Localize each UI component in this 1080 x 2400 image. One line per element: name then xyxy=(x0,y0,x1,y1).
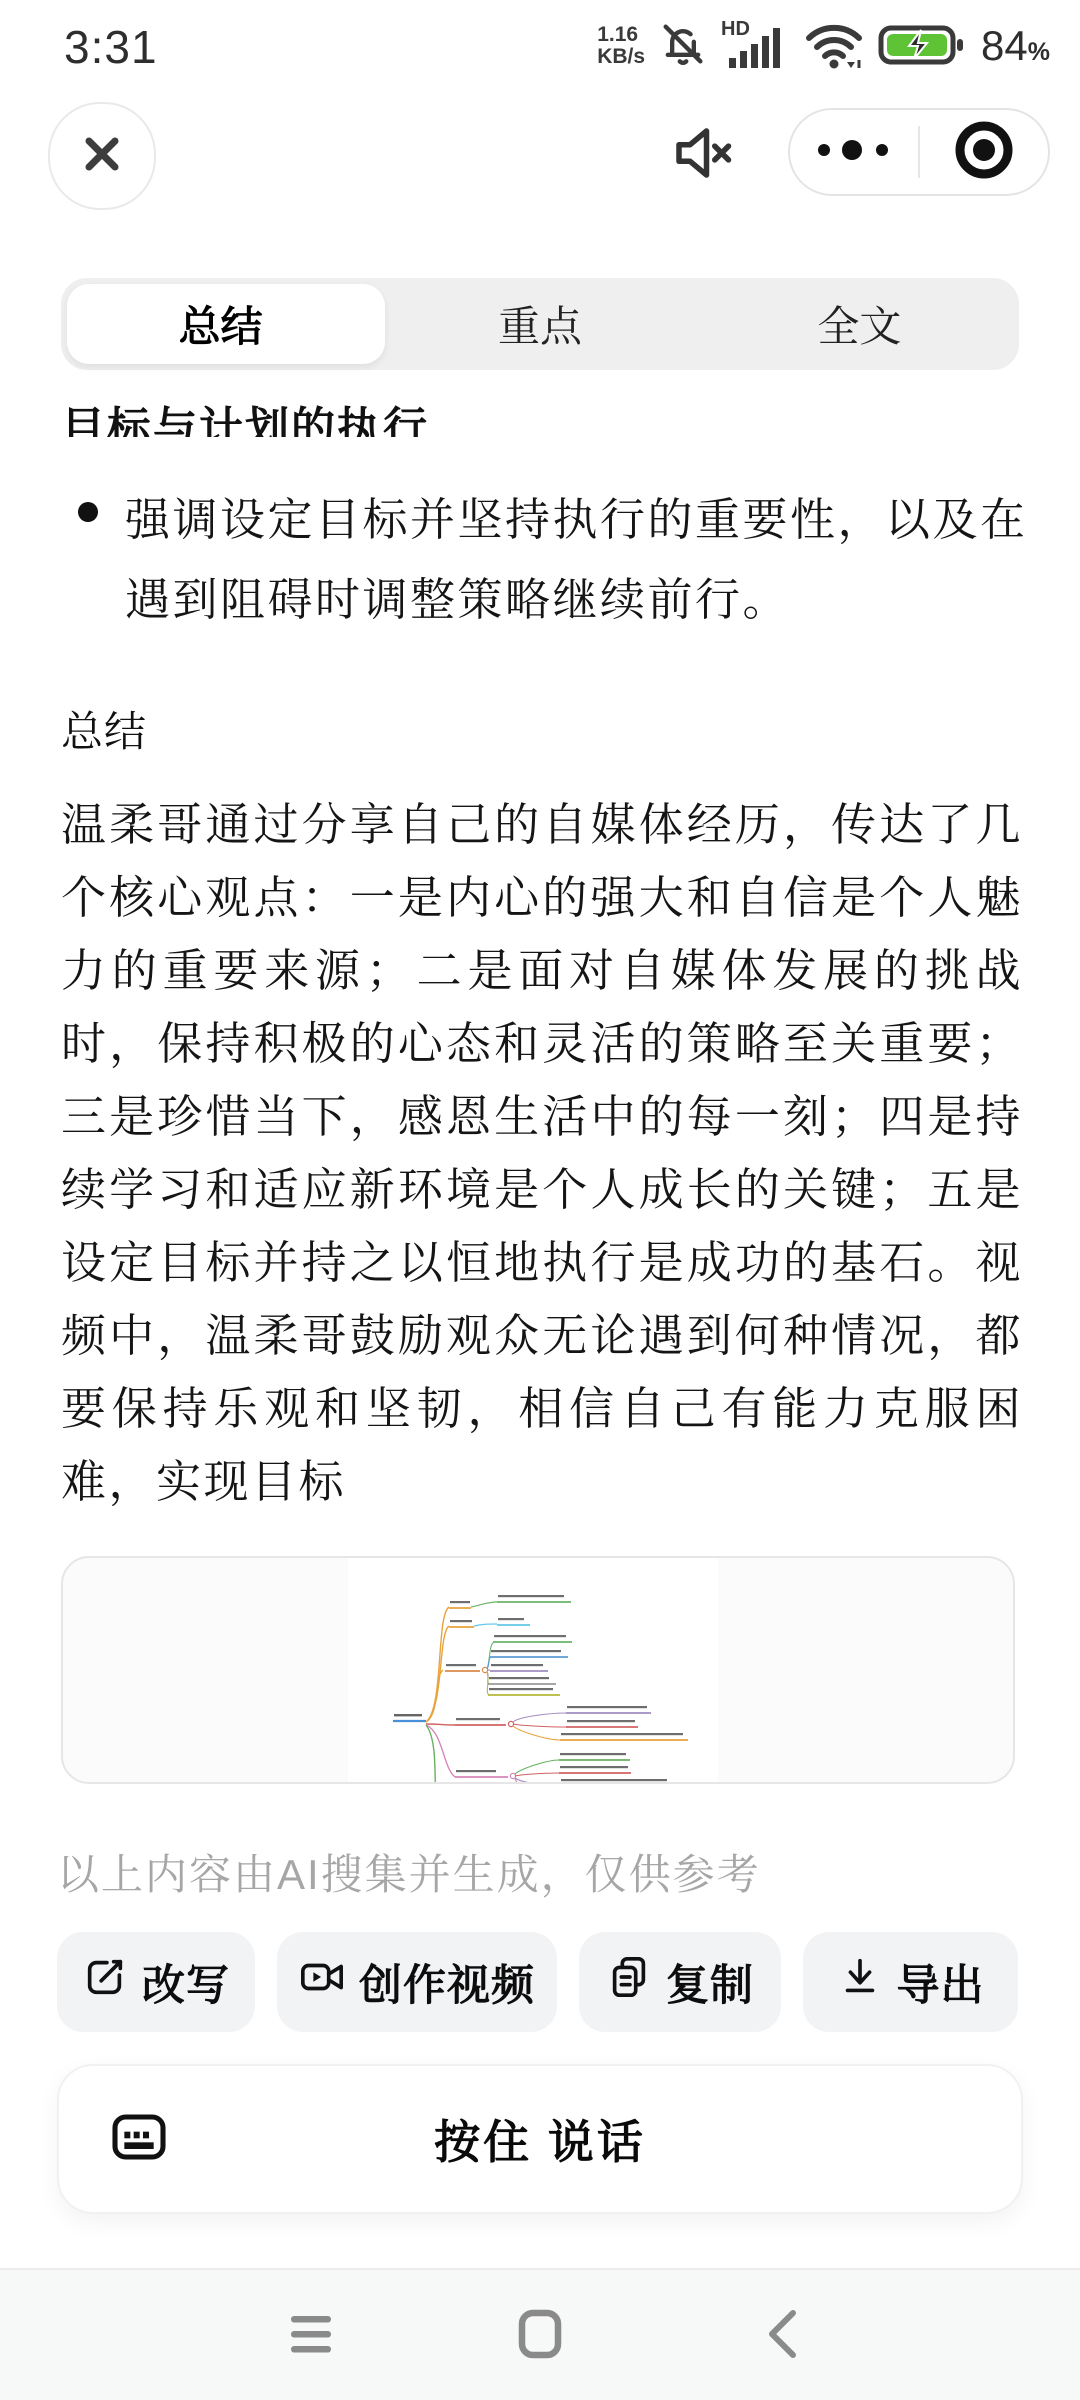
mindmap-card[interactable] xyxy=(61,1556,1015,1784)
tab-highlights[interactable]: 重点 xyxy=(380,278,699,370)
status-icons: 1.16 KB/s HD xyxy=(597,16,1050,76)
home-icon xyxy=(518,2309,562,2364)
action-buttons-row: 改写 创作视频 复制 xyxy=(57,1932,1020,2032)
section-title: 总结 xyxy=(61,699,147,759)
ai-disclaimer: 以上内容由AI搜集并生成，仅供参考 xyxy=(57,1842,761,1902)
clipped-heading-wrap: 目标与计划的执行 xyxy=(61,381,1019,437)
mindmap-image xyxy=(348,1558,718,1784)
hold-to-talk-label: 按住 说话 xyxy=(59,2106,1021,2172)
video-icon xyxy=(299,1954,345,2011)
summary-paragraph: 温柔哥通过分享自己的自媒体经历，传达了几个核心观点：一是内心的强大和自信是个人魅… xyxy=(61,788,1023,1518)
miniapp-capsule xyxy=(788,108,1050,196)
nav-menu-button[interactable] xyxy=(271,2270,351,2400)
status-time: 3:31 xyxy=(64,20,158,74)
close-button[interactable] xyxy=(48,102,156,210)
create-video-button[interactable]: 创作视频 xyxy=(277,1932,557,2032)
tab-bar: 总结 重点 全文 xyxy=(61,278,1019,370)
export-button[interactable]: 导出 xyxy=(803,1932,1018,2032)
copy-label: 复制 xyxy=(666,1952,754,2013)
close-icon xyxy=(79,131,125,182)
rewrite-label: 改写 xyxy=(142,1952,230,2013)
signal-hd-icon: HD xyxy=(721,18,791,74)
back-icon xyxy=(765,2309,797,2364)
battery-percent: 84% xyxy=(981,22,1050,70)
clipped-heading: 目标与计划的执行 xyxy=(61,381,1019,437)
more-button[interactable] xyxy=(790,110,918,194)
voice-input-bar[interactable]: 按住 说话 xyxy=(57,2064,1023,2214)
mute-button[interactable] xyxy=(668,120,734,191)
copy-button[interactable]: 复制 xyxy=(579,1932,781,2032)
phone-screen: 3:31 1.16 KB/s HD xyxy=(0,0,1080,2400)
nav-home-button[interactable] xyxy=(500,2270,580,2400)
wifi-icon xyxy=(803,16,865,77)
copy-icon xyxy=(606,1954,652,2011)
notifications-muted-icon xyxy=(657,18,709,75)
system-nav-bar xyxy=(0,2268,1080,2400)
target-circle-icon xyxy=(953,119,1015,186)
bullet-dot xyxy=(78,502,98,522)
tab-fulltext[interactable]: 全文 xyxy=(700,278,1019,370)
bullet-item: 强调设定目标并坚持执行的重要性，以及在遇到阻碍时调整策略继续前行。 xyxy=(125,480,1037,640)
tab-summary[interactable]: 总结 xyxy=(61,278,380,370)
network-speed: 1.16 KB/s xyxy=(597,24,645,68)
menu-icon xyxy=(290,2312,332,2361)
rewrite-button[interactable]: 改写 xyxy=(57,1932,255,2032)
create-video-label: 创作视频 xyxy=(359,1952,535,2013)
edit-icon xyxy=(82,1954,128,2011)
battery-charging-icon xyxy=(877,16,969,77)
export-icon xyxy=(837,1954,883,2011)
nav-back-button[interactable] xyxy=(741,2270,821,2400)
speaker-muted-icon xyxy=(668,173,734,190)
export-label: 导出 xyxy=(897,1952,985,2013)
three-dots-icon xyxy=(806,135,902,170)
miniapp-home-button[interactable] xyxy=(920,110,1048,194)
